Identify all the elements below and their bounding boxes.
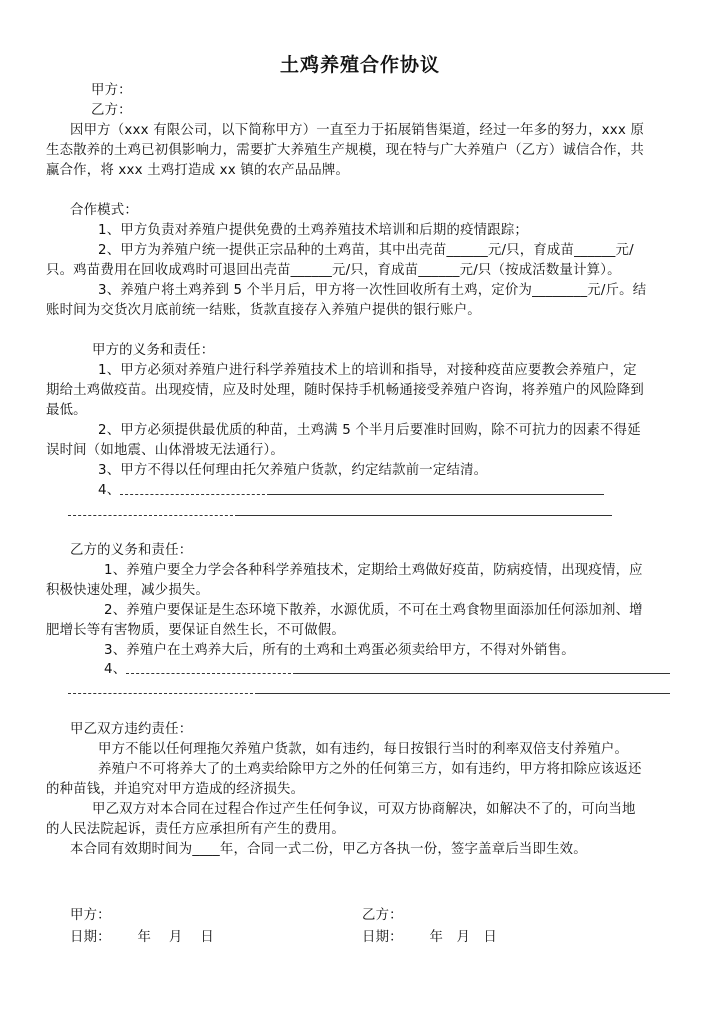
blank-rule [238,515,612,516]
document-title: 土鸡养殖合作协议 [0,50,720,77]
breach-line: 甲乙双方对本合同在过程合作过产生任何争议，可双方协商解决，如解决不了的，可向当地 [92,800,636,820]
blank-rule [270,494,604,495]
signature-party-a: 甲方： [70,906,111,926]
party-b-duty-line: 3、养殖户在土鸡养大后，所有的土鸡和土鸡蛋必须卖给甲方，不得对外销售。 [104,641,575,661]
party-b-duty-line: 肥增长等有害物质，要保证自然生长，不可做假。 [46,621,345,641]
blank-rule [68,515,238,516]
breach-line: 养殖户不可将养大了的土鸡卖给除甲方之外的任何第三方，如有违约，甲方将扣除应该返还 [98,760,642,780]
cooperation-line: 1、甲方负责对养殖户提供免费的土鸡养殖技术培训和后期的疫情跟踪； [98,221,528,241]
blank-rule [258,693,670,694]
cooperation-line: 账时间为交货次月底前统一结账，货款直接存入养殖户提供的银行账户。 [46,301,481,321]
party-b-duty-line: 2、养殖户要保证是生态环境下散养，水源优质，不可在土鸡食物里面添加任何添加剂、增 [104,601,643,621]
party-b-duties-heading: 乙方的义务和责任： [70,541,192,561]
party-a-duty-line: 最低。 [46,401,87,421]
party-a-duties-heading: 甲方的义务和责任： [92,341,214,361]
blank-rule [126,673,296,674]
validity-line: 本合同有效期时间为____年，合同一式二份，甲乙方各执一份，签字盖章后当即生效。 [70,840,587,860]
cooperation-heading: 合作模式： [70,201,138,221]
signature-date-b: 日期： 年 月 日 [362,928,497,948]
party-a-duty-line: 3、甲方不得以任何理由托欠养殖户货款，约定结款前一定结清。 [98,461,487,481]
blank-rule [296,673,670,674]
party-a-duty-line: 误时间（如地震、山体滑坡无法通行）。 [46,441,284,461]
signature-date-a: 日期： 年 月 日 [70,928,214,948]
intro-line: 赢合作，将 xxx 土鸡打造成 xx 镇的农产品品牌。 [46,161,349,181]
breach-heading: 甲乙双方违约责任： [70,720,192,740]
breach-line: 甲方不能以任何理拖欠养殖户货款，如有违约，每日按银行当时的利率双倍支付养殖户。 [98,740,628,760]
party-a-duty-line: 1、甲方必须对养殖户进行科学养殖技术上的培训和指导，对接种疫苗应要教会养殖户，定 [98,361,637,381]
party-b-duty-line: 积极快速处理，减少损失。 [46,581,209,601]
cooperation-line: 只。鸡苗费用在回收成鸡时可退回出壳苗______元/只，育成苗______元/只… [46,261,621,281]
blank-rule [120,494,270,495]
intro-line: 生态散养的土鸡已初俱影响力，需要扩大养殖生产规模，现在特与广大养殖户（乙方）诚信… [46,141,644,161]
signature-party-b: 乙方： [362,906,403,926]
breach-line: 的种苗钱，并追究对甲方造成的经济损失。 [46,780,304,800]
breach-line: 的人民法院起诉，责任方应承担所有产生的费用。 [46,820,345,840]
party-a-duty-line: 期给土鸡做疫苗。出现疫情，应及时处理，随时保持手机畅通接受养殖户咨询，将养殖户的… [46,381,644,401]
party-b-duty-line: 4、 [104,660,126,680]
cooperation-line: 3、养殖户将土鸡养到 5 个半月后，甲方将一次性回收所有土鸡，定价为______… [98,281,646,301]
party-a-duty-line: 2、甲方必须提供最优质的种苗，土鸡满 5 个半月后要准时回购，除不可抗力的因素不… [98,421,641,441]
contract-page: 土鸡养殖合作协议 甲方： 乙方： 因甲方（xxx 有限公司，以下简称甲方）一直至… [0,0,720,1017]
blank-rule [68,693,258,694]
intro-line: 因甲方（xxx 有限公司，以下简称甲方）一直至力于拓展销售渠道，经过一年多的努力… [70,121,644,141]
party-a-duty-line: 4、 [98,481,120,501]
cooperation-line: 2、甲方为养殖户统一提供正宗品种的土鸡苗，其中出壳苗______元/只，育成苗_… [98,241,634,261]
party-a-label: 甲方： [91,81,132,101]
party-b-duty-line: 1、养殖户要全力学会各种科学养殖技术，定期给土鸡做好疫苗，防病疫情，出现疫情，应 [104,561,643,581]
party-b-label: 乙方： [91,101,132,121]
